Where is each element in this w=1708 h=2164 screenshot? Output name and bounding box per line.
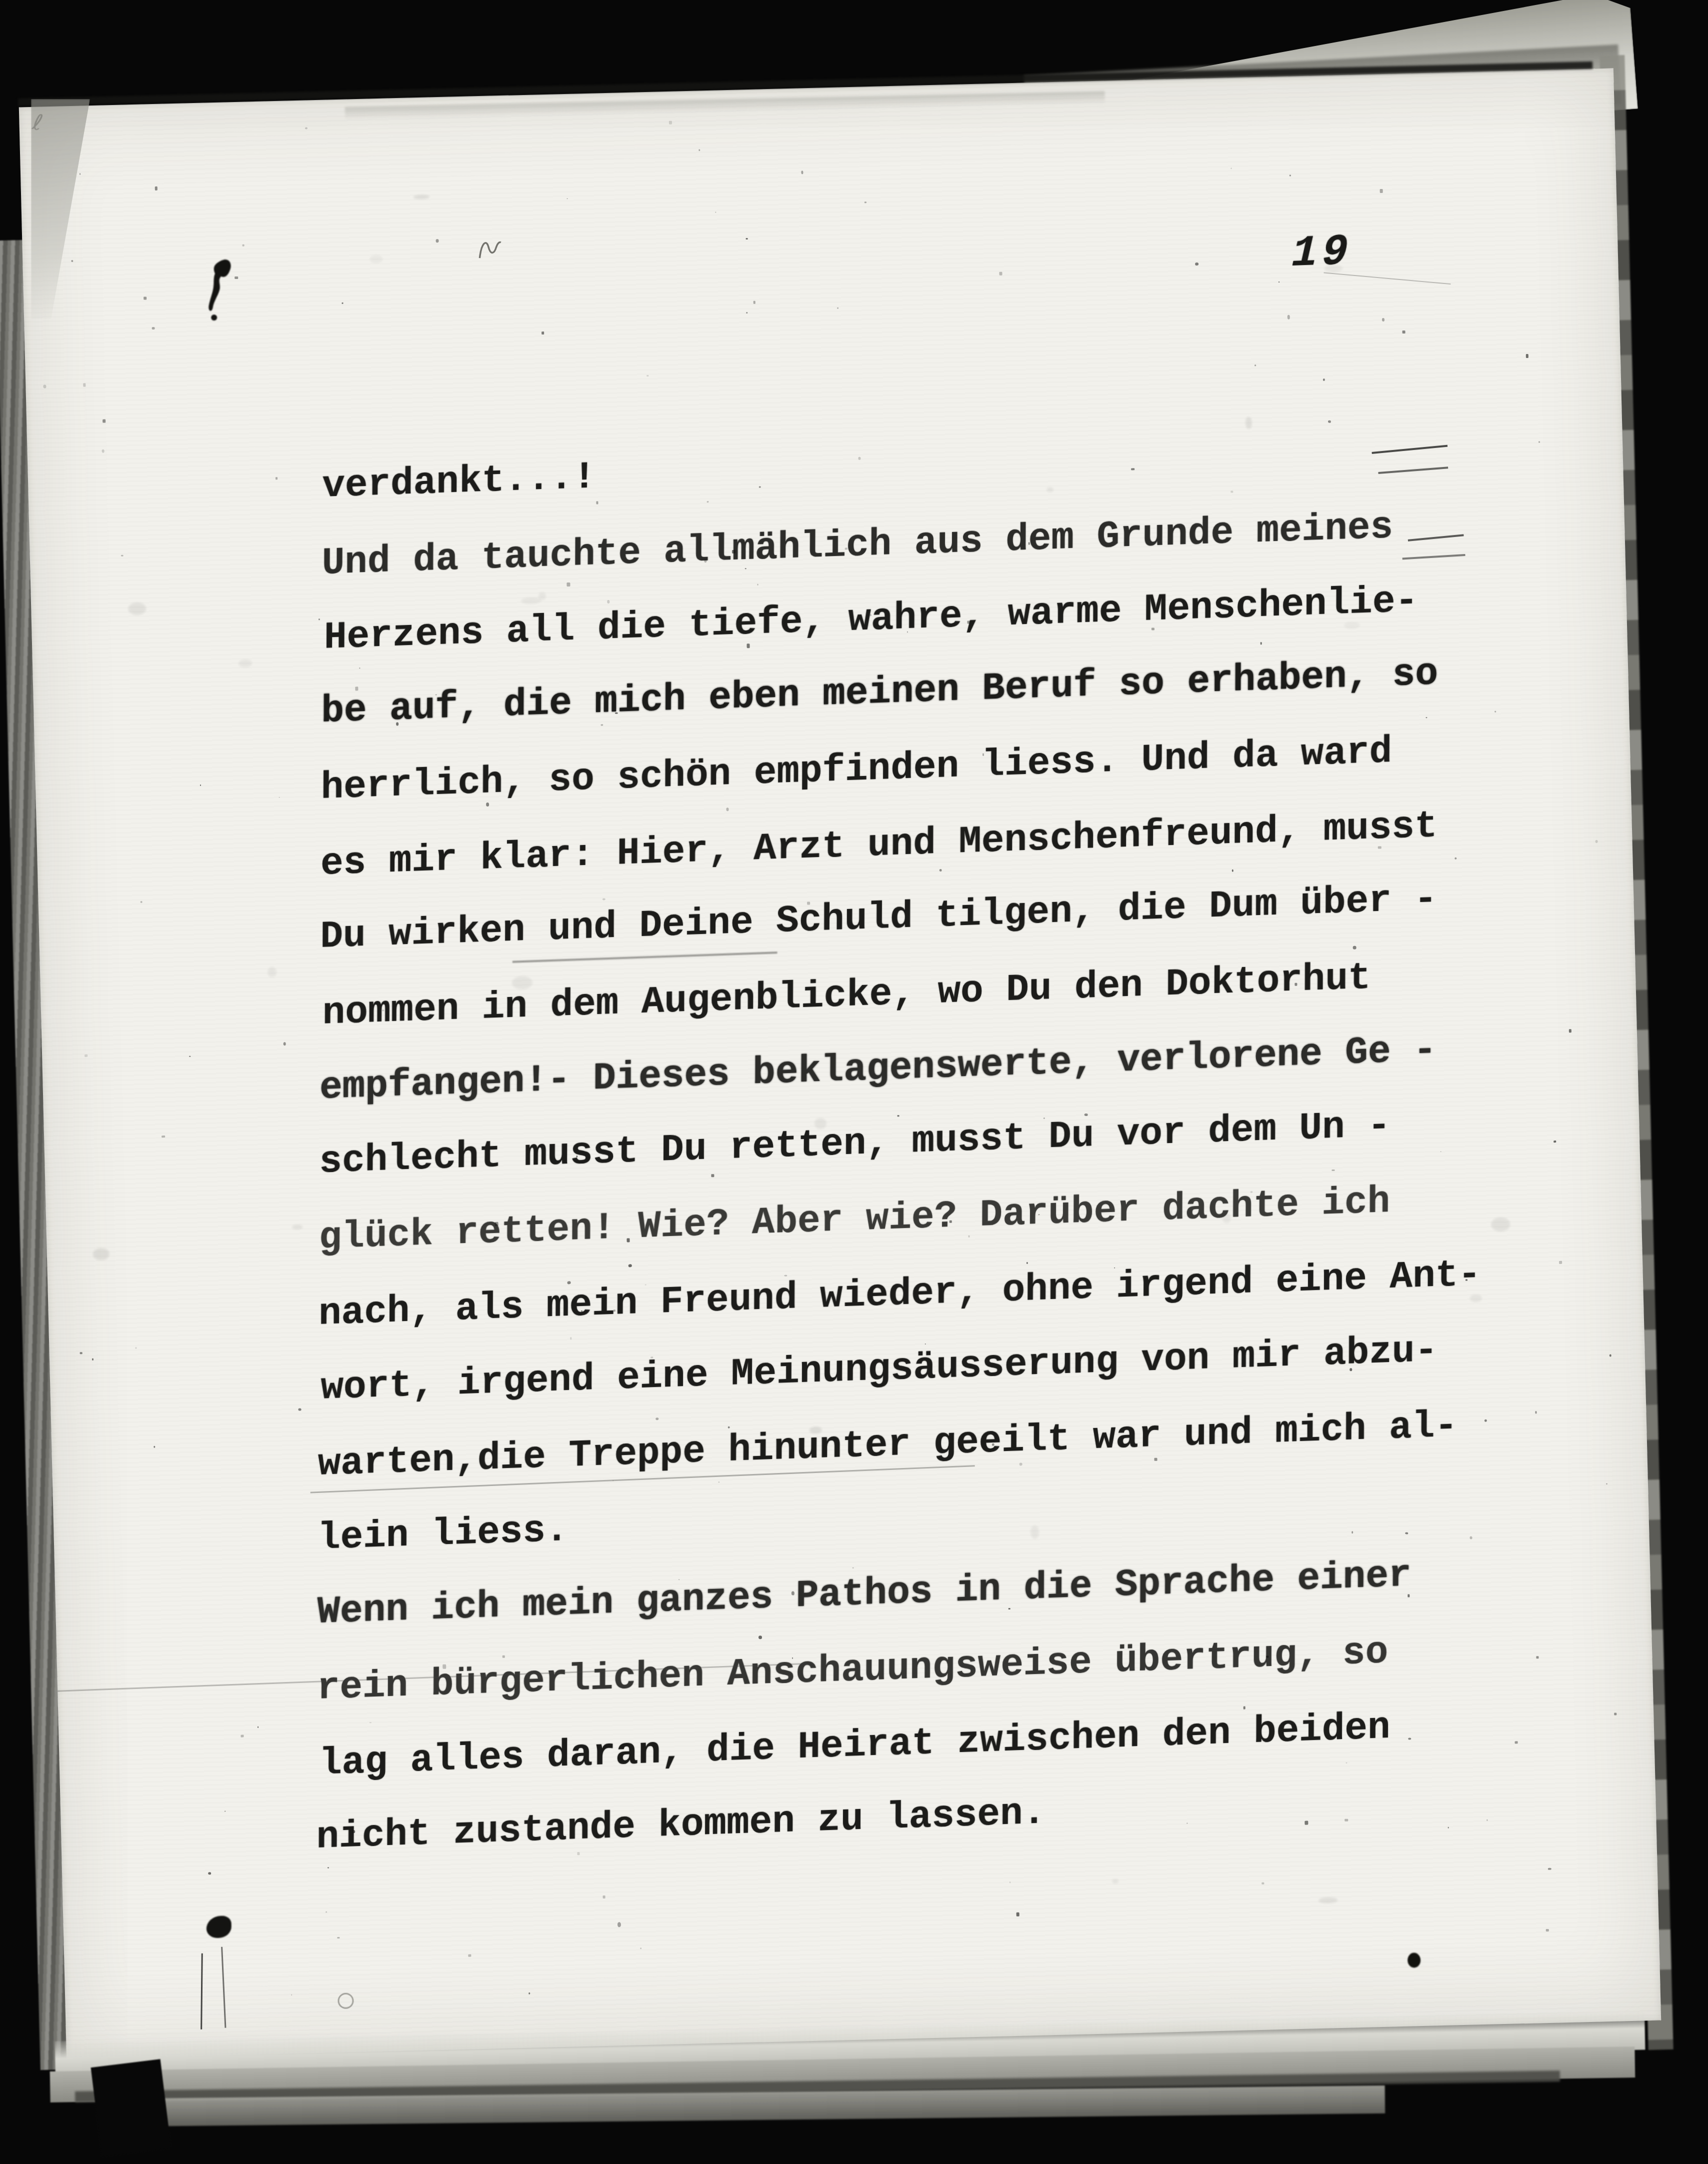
paper-speck bbox=[837, 307, 838, 308]
paper-speck bbox=[135, 1347, 137, 1349]
paper-speck bbox=[864, 201, 866, 203]
paper-speck bbox=[1287, 315, 1290, 319]
paper-speck bbox=[291, 1994, 292, 1995]
paper-speck bbox=[337, 1937, 340, 1939]
paper-speck bbox=[83, 383, 85, 387]
paper-speck bbox=[283, 1042, 286, 1045]
scratch-line-vertical bbox=[200, 1953, 203, 2029]
paper-speck bbox=[92, 1358, 93, 1360]
paper-speck bbox=[1379, 189, 1382, 193]
pencil-squiggle bbox=[477, 233, 502, 265]
paper-speck bbox=[341, 302, 343, 303]
paper-speck bbox=[325, 1911, 327, 1913]
paper-speck bbox=[154, 1446, 155, 1448]
paper-smudge bbox=[267, 967, 276, 977]
paper-speck bbox=[275, 477, 277, 479]
paper-speck bbox=[436, 239, 439, 243]
paper-speck bbox=[1016, 1912, 1019, 1917]
paper-speck bbox=[1323, 378, 1325, 381]
page-number: 19 bbox=[1291, 227, 1353, 278]
paper-speck bbox=[1254, 364, 1256, 366]
paper-speck bbox=[208, 1872, 211, 1875]
paper-speck bbox=[189, 1055, 190, 1057]
paper-speck bbox=[103, 419, 105, 423]
paper-speck bbox=[528, 1992, 530, 1994]
paper-speck bbox=[71, 260, 73, 262]
paper-speck bbox=[1548, 1868, 1551, 1870]
paper-speck bbox=[1545, 1928, 1548, 1931]
paper-speck bbox=[746, 238, 748, 239]
paper-speck bbox=[318, 618, 320, 620]
paper-speck bbox=[668, 121, 671, 124]
paper-speck bbox=[1553, 1140, 1556, 1143]
paper-speck bbox=[1535, 1411, 1537, 1414]
scratch-line-vertical bbox=[221, 1947, 226, 2028]
paper-speck bbox=[715, 212, 716, 213]
paper-speck bbox=[468, 1954, 471, 1957]
paper-speck bbox=[617, 1922, 621, 1927]
text-block: verdankt...!Und da tauchte allmählich au… bbox=[316, 409, 1531, 1876]
paper-speck bbox=[224, 1811, 225, 1812]
paper-speck bbox=[1538, 441, 1540, 443]
scratch-line bbox=[1323, 272, 1450, 284]
paper-speck bbox=[1614, 1712, 1617, 1715]
paper-speck bbox=[242, 244, 244, 246]
paper-speck bbox=[155, 186, 158, 190]
paper-speck bbox=[746, 312, 747, 313]
paper-speck bbox=[140, 901, 142, 903]
paper-speck bbox=[143, 297, 146, 300]
paper-speck bbox=[640, 1947, 641, 1949]
paper-speck bbox=[257, 1726, 259, 1728]
ink-blot bbox=[206, 258, 241, 325]
paper-smudge bbox=[93, 1248, 109, 1260]
paper-speck bbox=[753, 301, 755, 304]
paper-speck bbox=[1569, 1029, 1571, 1032]
paper-smudge bbox=[1112, 1879, 1118, 1883]
paper-speck bbox=[801, 170, 803, 174]
paper-speck bbox=[79, 173, 80, 174]
paper-speck bbox=[1382, 318, 1385, 321]
paper-speck bbox=[1009, 1882, 1010, 1883]
paper-speck bbox=[161, 1135, 165, 1138]
paper-speck bbox=[698, 149, 700, 151]
paper-smudge bbox=[238, 659, 252, 667]
paper-speck bbox=[121, 555, 123, 557]
ink-blot-small bbox=[206, 1915, 231, 1938]
paper-smudge bbox=[291, 1224, 302, 1229]
ink-speck bbox=[1407, 1952, 1421, 1968]
paper-speck bbox=[278, 797, 279, 798]
paper-speck bbox=[1261, 1882, 1264, 1884]
scan-background: ℓ 19 verdankt...!Und da tauchte allmähli… bbox=[0, 0, 1708, 2164]
paper-speck bbox=[1559, 1260, 1562, 1263]
paper-speck bbox=[80, 1352, 82, 1354]
paper-smudge bbox=[369, 255, 382, 263]
paper-smudge bbox=[1319, 1897, 1338, 1903]
scan-shadow-notch bbox=[91, 2059, 171, 2157]
paper-speck bbox=[84, 1054, 87, 1057]
page: ℓ 19 verdankt...!Und da tauchte allmähli… bbox=[19, 68, 1661, 2059]
paper-speck bbox=[151, 327, 155, 329]
paper-speck bbox=[647, 375, 648, 376]
paper-speck bbox=[305, 127, 308, 129]
paper-speck bbox=[1230, 167, 1231, 169]
paper-speck bbox=[1289, 174, 1291, 176]
paper-speck bbox=[603, 1895, 605, 1898]
paper-speck bbox=[240, 1734, 243, 1737]
paper-speck bbox=[541, 331, 544, 334]
paper-smudge bbox=[128, 602, 146, 615]
pencil-circle-mark bbox=[337, 1992, 354, 2009]
paper-speck bbox=[1402, 330, 1405, 333]
paper-speck bbox=[43, 384, 46, 388]
paper-speck bbox=[1525, 354, 1528, 358]
paper-speck bbox=[1606, 1483, 1607, 1485]
paper-speck bbox=[200, 784, 201, 786]
paper-speck bbox=[1609, 1354, 1611, 1357]
paper-speck bbox=[1278, 281, 1279, 282]
paper-smudge bbox=[413, 194, 429, 199]
paper-speck bbox=[101, 449, 104, 453]
paper-speck bbox=[1595, 840, 1597, 843]
paper-speck bbox=[566, 198, 567, 199]
paper-speck bbox=[999, 272, 1002, 275]
paper-speck bbox=[1195, 262, 1198, 265]
paper-speck bbox=[1536, 1656, 1538, 1658]
paper-speck bbox=[298, 1408, 301, 1411]
